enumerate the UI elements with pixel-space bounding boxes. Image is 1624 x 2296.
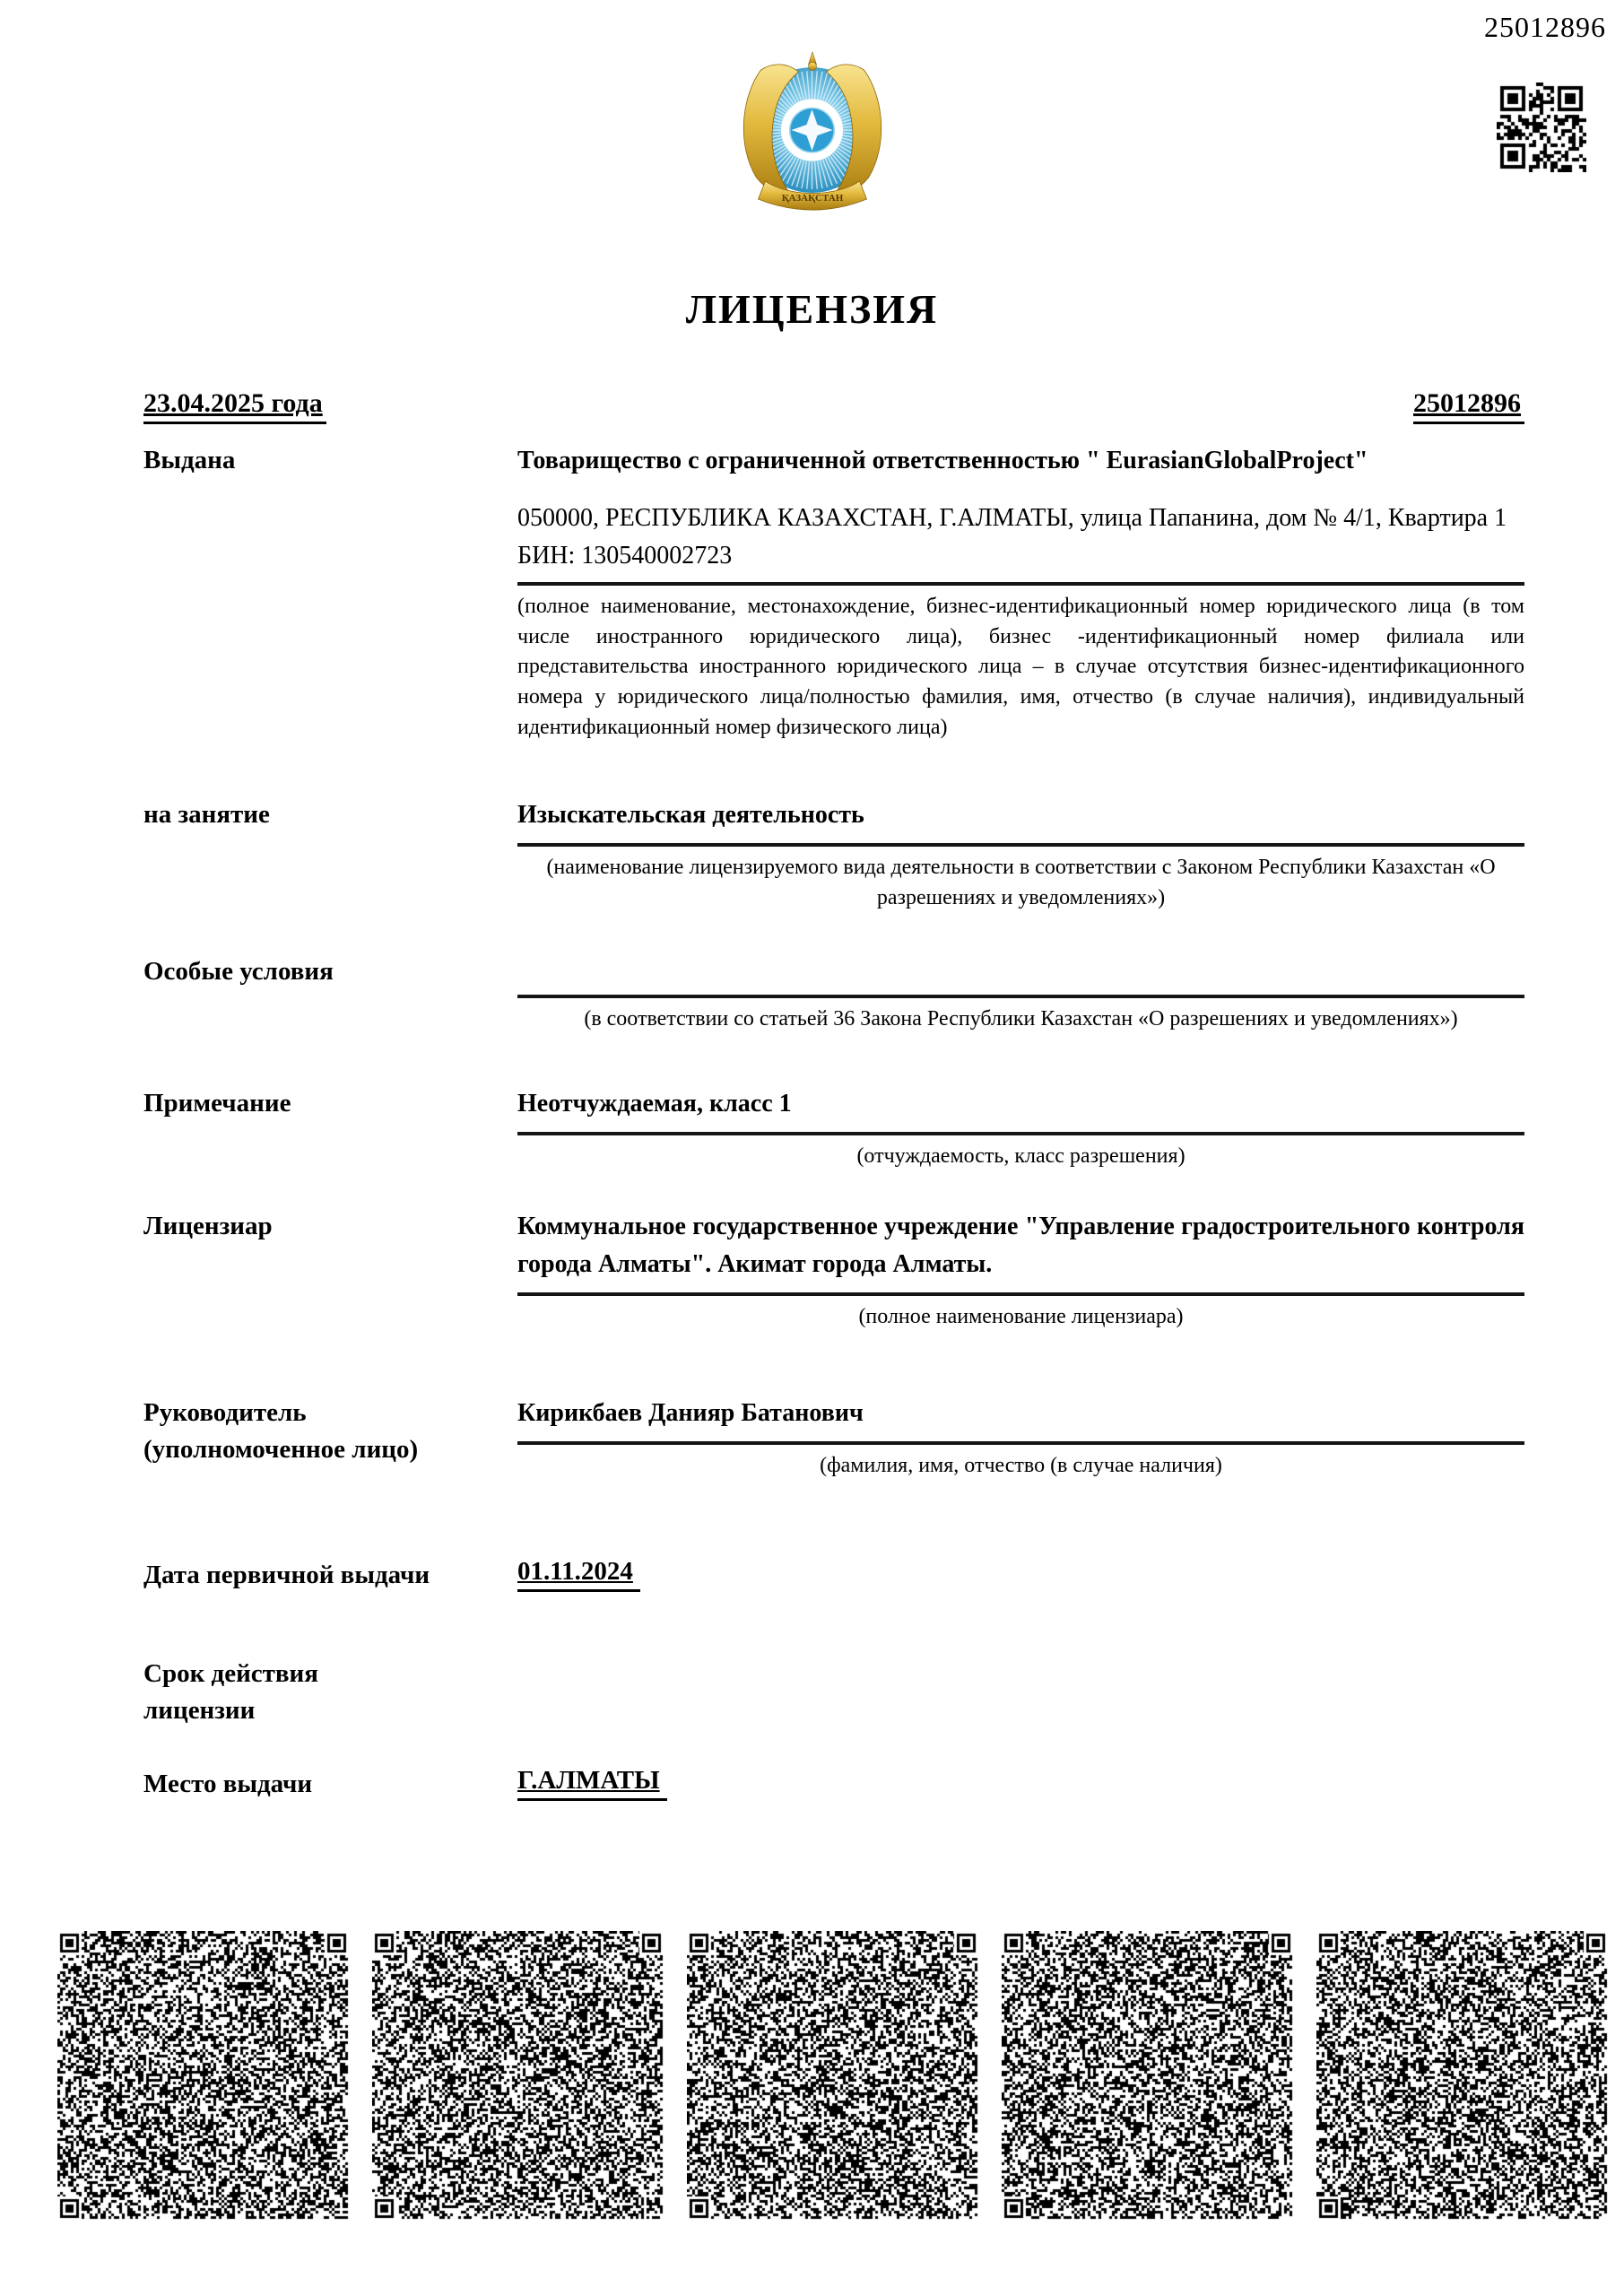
field-caption: (в соответствии со статьей 36 Закона Рес…	[517, 1004, 1524, 1035]
licensor-value: Коммунальное государственное учреждение …	[517, 1208, 1524, 1283]
svg-text:ҚАЗАҚСТАН: ҚАЗАҚСТАН	[781, 193, 843, 204]
divider-line	[517, 843, 1524, 847]
field-label-2: лицензии	[143, 1692, 496, 1729]
signature-qr-code-4	[1002, 1931, 1293, 2221]
field-label: Примечание	[143, 1085, 517, 1122]
license-number: 25012896	[1413, 388, 1524, 424]
field-special-conditions: Особые условия (в соответствии со статье…	[143, 953, 1524, 1035]
signature-qr-code-2	[372, 1931, 664, 2221]
signature-qr-code-5	[1316, 1931, 1608, 2221]
field-activity: на занятие Изыскательская деятельность (…	[143, 796, 1524, 913]
field-caption: (отчуждаемость, класс разрешения)	[517, 1142, 1524, 1172]
field-issue-place: Место выдачи Г.АЛМАТЫ	[143, 1766, 1524, 1803]
divider-line	[517, 582, 1524, 586]
activity-value: Изыскательская деятельность	[517, 796, 1524, 834]
field-label: Особые условия	[143, 953, 517, 990]
field-label: Лицензиар	[143, 1208, 517, 1245]
empty-value	[517, 953, 1524, 986]
field-validity-period: Срок действия лицензии	[143, 1656, 1524, 1728]
field-issued-to: Выдана Товарищество с ограниченной ответ…	[143, 442, 1524, 743]
first-issue-date-value: 01.11.2024	[517, 1557, 640, 1592]
field-first-issue-date: Дата первичной выдачи 01.11.2024	[143, 1557, 1524, 1594]
issue-place-value: Г.АЛМАТЫ	[517, 1766, 667, 1801]
licensee-address: 050000, РЕСПУБЛИКА КАЗАХСТАН, Г.АЛМАТЫ, …	[517, 501, 1524, 535]
page-title: ЛИЦЕНЗИЯ	[0, 285, 1624, 333]
signature-qr-code-1	[57, 1931, 349, 2221]
field-caption: (полное наименование, местонахождение, б…	[517, 592, 1524, 743]
document-body: 23.04.2025 года 25012896 Выдана Товарище…	[0, 388, 1624, 1803]
license-document: 25012896	[0, 0, 1624, 2296]
divider-line	[517, 1292, 1524, 1296]
document-number-top: 25012896	[1484, 11, 1606, 44]
field-label-2: (уполномоченное лицо)	[143, 1431, 496, 1468]
note-value: Неотчуждаемая, класс 1	[517, 1085, 1524, 1123]
field-label: Дата первичной выдачи	[143, 1557, 517, 1594]
field-label: Выдана	[143, 442, 517, 479]
head-name: Кирикбаев Данияр Батанович	[517, 1395, 1524, 1432]
field-licensor: Лицензиар Коммунальное государственное у…	[143, 1208, 1524, 1333]
qr-code-icon	[1497, 83, 1586, 172]
field-label: Руководитель	[143, 1395, 496, 1431]
field-caption: (наименование лицензируемого вида деятел…	[517, 853, 1524, 913]
field-caption: (фамилия, имя, отчество (в случае наличи…	[517, 1451, 1524, 1482]
field-head: Руководитель (уполномоченное лицо) Кирик…	[143, 1395, 1524, 1482]
kazakhstan-coat-of-arms-icon: ҚАЗАҚСТАН	[725, 45, 899, 229]
issue-date: 23.04.2025 года	[143, 388, 326, 424]
field-label: Место выдачи	[143, 1766, 517, 1803]
field-label: на занятие	[143, 796, 517, 833]
field-label: Срок действия	[143, 1656, 496, 1692]
date-and-number-row: 23.04.2025 года 25012896	[143, 388, 1524, 424]
field-note: Примечание Неотчуждаемая, класс 1 (отчуж…	[143, 1085, 1524, 1172]
signature-qr-code-3	[687, 1931, 978, 2221]
licensee-bin: БИН: 130540002723	[517, 539, 1524, 573]
divider-line	[517, 995, 1524, 998]
divider-line	[517, 1132, 1524, 1135]
document-header: 25012896	[0, 0, 1624, 372]
signature-qr-codes	[57, 1931, 1608, 2221]
licensee-name: Товарищество с ограниченной ответственно…	[517, 442, 1524, 480]
field-caption: (полное наименование лицензиара)	[517, 1302, 1524, 1333]
divider-line	[517, 1441, 1524, 1445]
